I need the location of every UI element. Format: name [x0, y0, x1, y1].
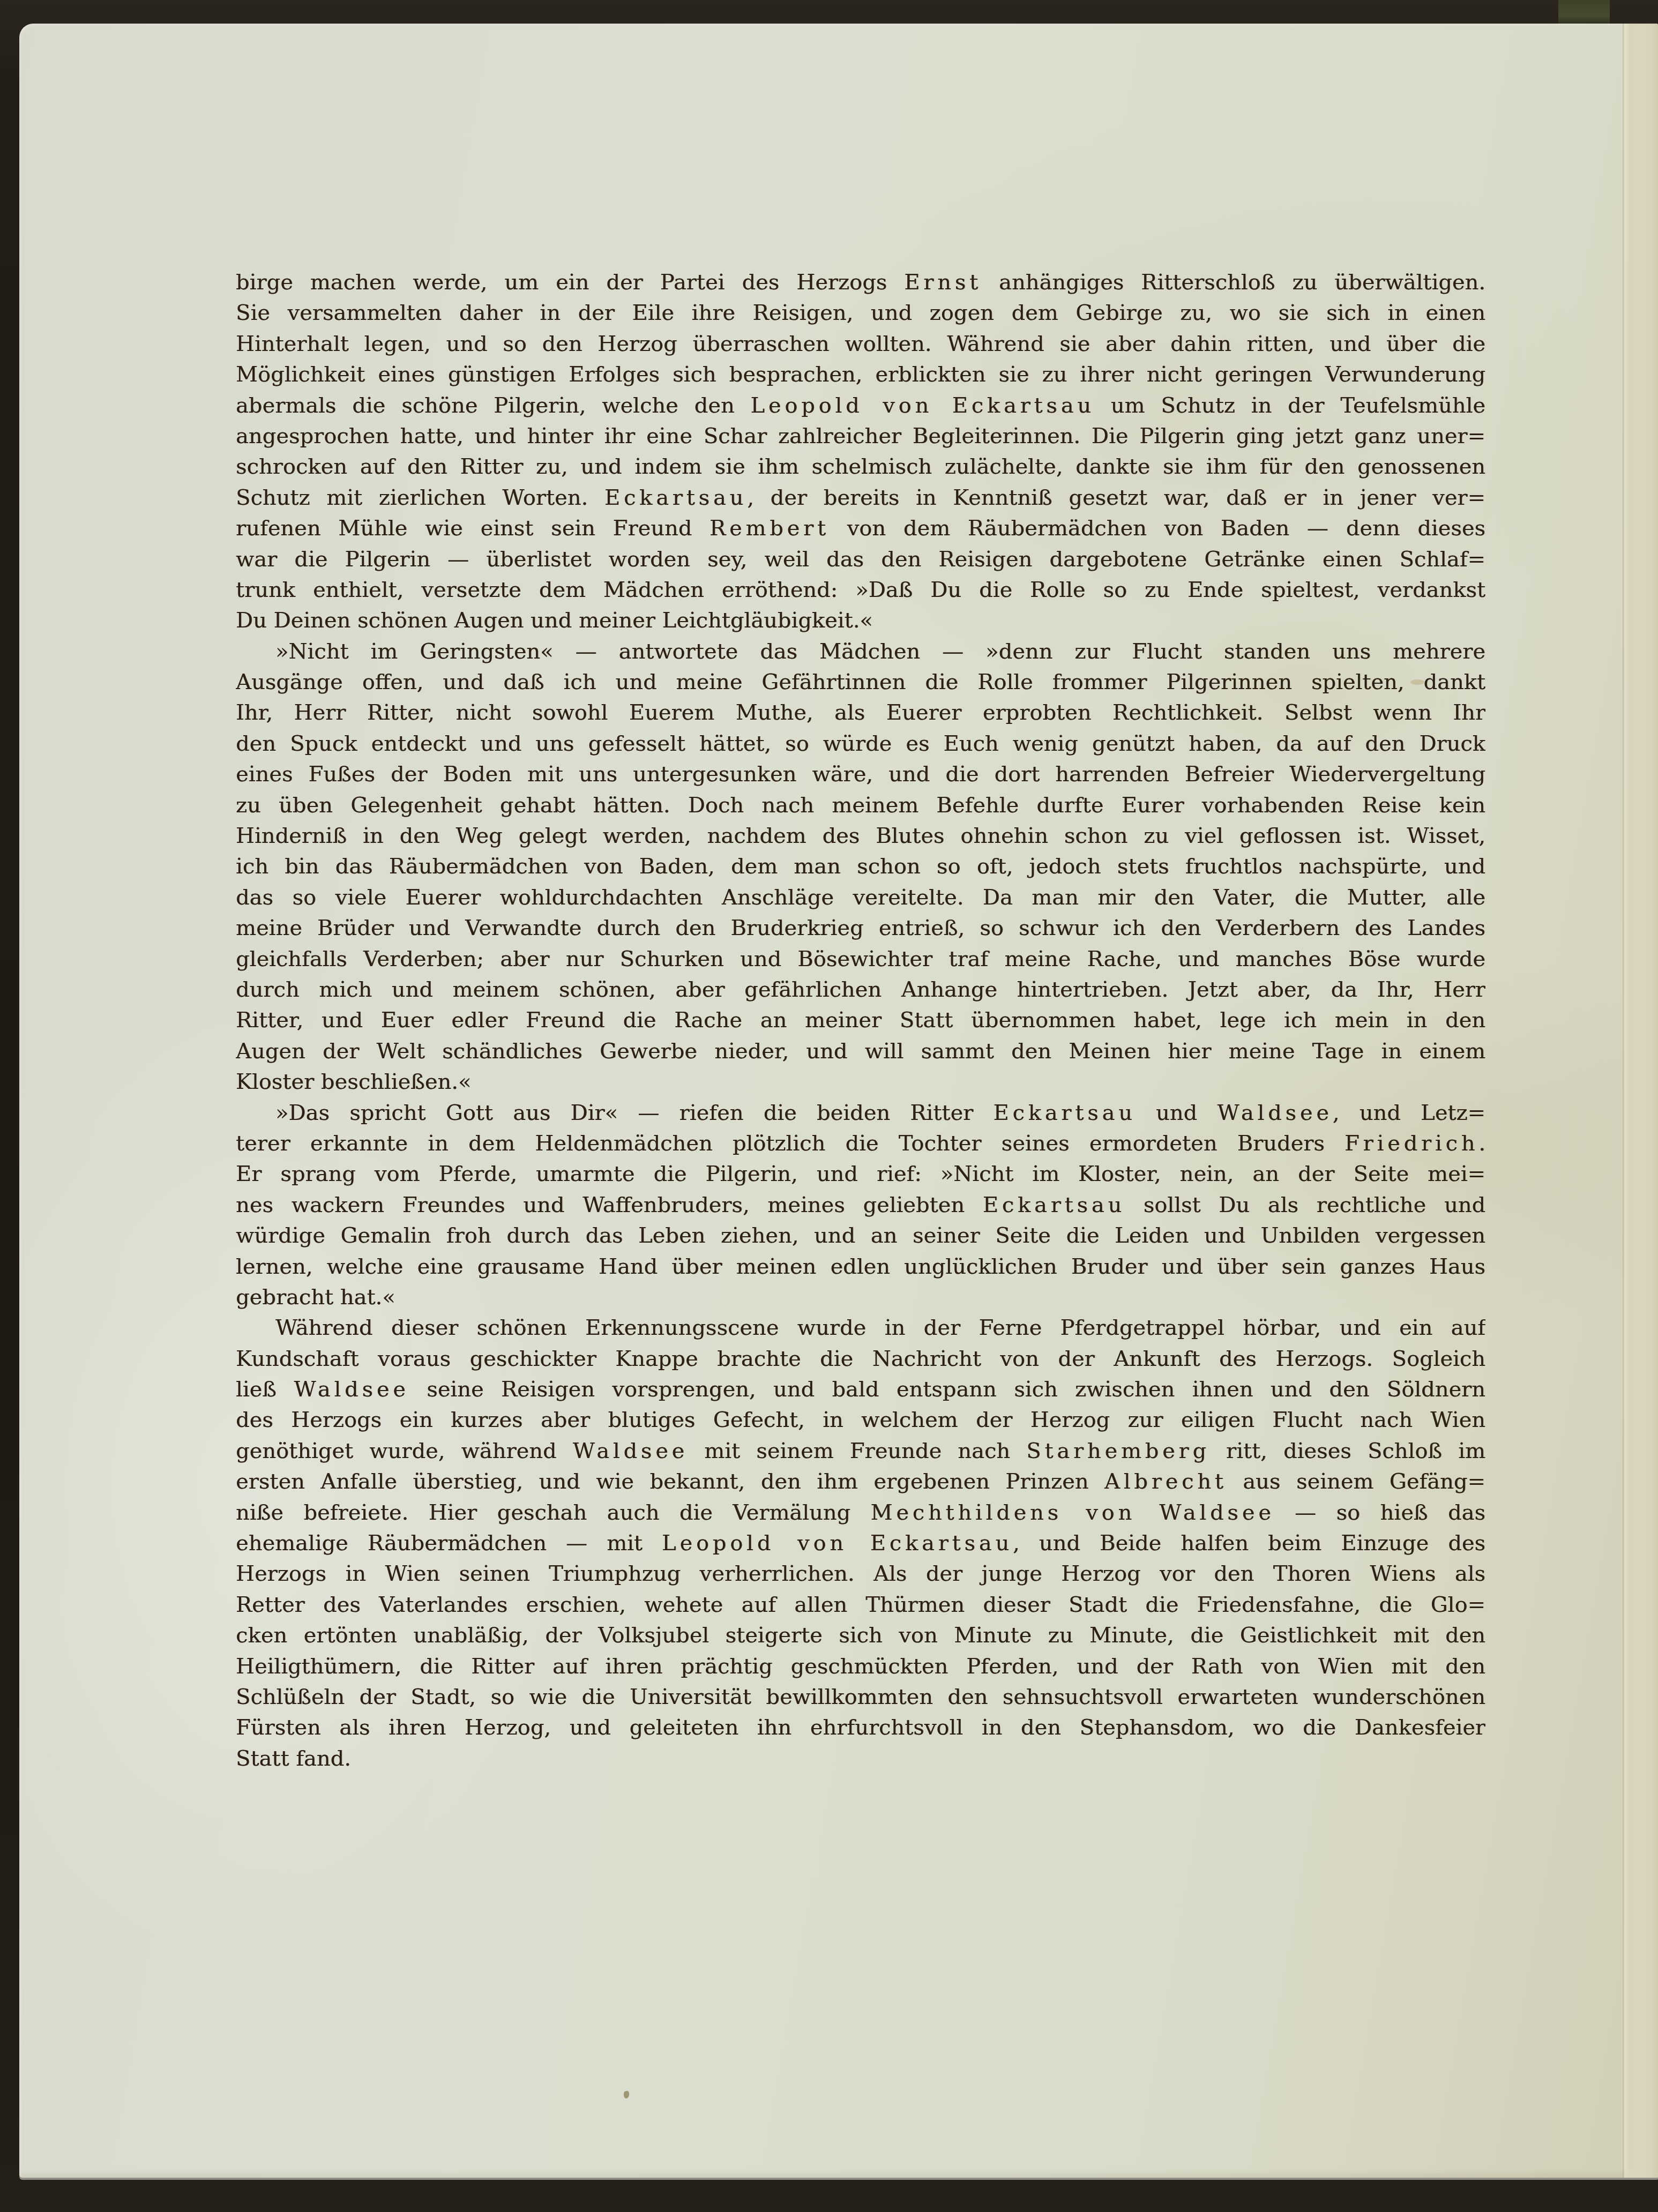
letterspaced-name: Albrecht — [1104, 1469, 1227, 1494]
text-line: Schutz mit zierlichen Worten. Eckartsau,… — [236, 483, 1485, 513]
binding-gap — [1558, 0, 1610, 26]
text-line: Hinterhalt legen, und so den Herzog über… — [236, 329, 1485, 360]
text-line: ehemalige Räubermädchen — mit Leopold vo… — [236, 1528, 1485, 1559]
text-line: nes wackern Freundes und Waffenbruders, … — [236, 1190, 1485, 1221]
text-line: Kundschaft voraus geschickter Knappe bra… — [236, 1344, 1485, 1374]
text-line: abermals die schöne Pilgerin, welche den… — [236, 391, 1485, 421]
letterspaced-name: Eckartsau — [993, 1101, 1136, 1125]
text-line: Heiligthümern, die Ritter auf ihren präc… — [236, 1651, 1485, 1682]
letterspaced-name: Starhemberg — [1026, 1439, 1210, 1463]
letterspaced-name: Friedrich — [1345, 1131, 1478, 1156]
letterspaced-name: Waldsee — [294, 1377, 409, 1402]
text-line: »Nicht im Geringsten« — antwortete das M… — [236, 637, 1485, 667]
letterspaced-name: Leopold von Eckartsau — [662, 1531, 1013, 1556]
text-line: rufenen Mühle wie einst sein Freund Remb… — [236, 513, 1485, 544]
text-line: lernen, welche eine grausame Hand über m… — [236, 1252, 1485, 1282]
text-line: Du Deinen schönen Augen und meiner Leich… — [236, 606, 1485, 636]
text-line: trunk enthielt, versetzte dem Mädchen er… — [236, 575, 1485, 606]
text-line: cken ertönten unabläßig, der Volksjubel … — [236, 1620, 1485, 1651]
text-line: Ritter, und Euer edler Freund die Rache … — [236, 1005, 1485, 1036]
text-line: »Das spricht Gott aus Dir« — riefen die … — [236, 1098, 1485, 1129]
text-line: meine Brüder und Verwandte durch den Bru… — [236, 913, 1485, 944]
text-line: Er sprang vom Pferde, umarmte die Pilger… — [236, 1159, 1485, 1190]
text-line: ersten Anfalle überstieg, und wie bekann… — [236, 1467, 1485, 1497]
text-line: Hinderniß in den Weg gelegt werden, nach… — [236, 821, 1485, 851]
letterspaced-name: Ernst — [904, 270, 982, 295]
text-line: das so viele Euerer wohldurchdachten Ans… — [236, 883, 1485, 913]
letterspaced-name: Rembert — [709, 516, 830, 541]
text-line: würdige Gemalin froh durch das Leben zie… — [236, 1221, 1485, 1251]
text-line: Während dieser schönen Erkennungsscene w… — [236, 1313, 1485, 1343]
paper-speck — [624, 2091, 629, 2098]
text-line: terer erkannte in dem Heldenmädchen plöt… — [236, 1129, 1485, 1159]
text-line: Herzogs in Wien seinen Triumphzug verher… — [236, 1559, 1485, 1589]
text-line: war die Pilgerin — überlistet worden sey… — [236, 544, 1485, 575]
text-line: Augen der Welt schändliches Gewerbe nied… — [236, 1036, 1485, 1067]
text-line: eines Fußes der Boden mit uns untergesun… — [236, 759, 1485, 790]
text-line: Ihr, Herr Ritter, nicht sowohl Euerem Mu… — [236, 698, 1485, 728]
text-line: Retter des Vaterlandes erschien, wehete … — [236, 1590, 1485, 1620]
letterspaced-name: Eckartsau — [604, 485, 747, 510]
book-page: birge machen werde, um ein der Partei de… — [19, 24, 1658, 2178]
text-line: angesprochen hatte, und hinter ihr eine … — [236, 421, 1485, 452]
text-line: birge machen werde, um ein der Partei de… — [236, 267, 1485, 298]
text-line: gebracht hat.« — [236, 1282, 1485, 1313]
text-line: Schlüßeln der Stadt, so wie die Universi… — [236, 1682, 1485, 1713]
letterspaced-name: Eckartsau — [983, 1193, 1125, 1217]
text-line: den Spuck entdeckt und uns gefesselt hät… — [236, 729, 1485, 759]
text-line: genöthiget wurde, während Waldsee mit se… — [236, 1436, 1485, 1467]
text-line: Möglichkeit eines günstigen Erfolges sic… — [236, 360, 1485, 390]
text-line: Kloster beschließen.« — [236, 1067, 1485, 1097]
letterspaced-name: Leopold von Eckartsau — [751, 393, 1095, 418]
page-text: birge machen werde, um ein der Partei de… — [236, 267, 1485, 1774]
text-line: niße befreiete. Hier geschah auch die Ve… — [236, 1498, 1485, 1528]
text-line: schrocken auf den Ritter zu, und indem s… — [236, 452, 1485, 482]
text-line: des Herzogs ein kurzes aber blutiges Gef… — [236, 1405, 1485, 1436]
text-line: gleichfalls Verderben; aber nur Schurken… — [236, 944, 1485, 975]
text-line: durch mich und meinem schönen, aber gefä… — [236, 975, 1485, 1005]
text-line: ich bin das Räubermädchen von Baden, dem… — [236, 851, 1485, 882]
text-line: Sie versammelten daher in der Eile ihre … — [236, 298, 1485, 328]
page-fold-edge — [1623, 24, 1658, 2178]
scan-backdrop: { "document": { "kind": "book-page-scan"… — [0, 0, 1658, 2212]
text-line: Ausgänge offen, und daß ich und meine Ge… — [236, 667, 1485, 698]
letterspaced-name: Waldsee — [1217, 1101, 1332, 1125]
letterspaced-name: Waldsee — [573, 1439, 688, 1463]
text-line: Statt fand. — [236, 1744, 1485, 1774]
letterspaced-name: Mechthildens von Waldsee — [871, 1500, 1275, 1525]
text-line: zu üben Gelegenheit gehabt hätten. Doch … — [236, 790, 1485, 821]
text-line: Fürsten als ihren Herzog, und geleiteten… — [236, 1713, 1485, 1743]
text-line: ließ Waldsee seine Reisigen vorsprengen,… — [236, 1374, 1485, 1405]
